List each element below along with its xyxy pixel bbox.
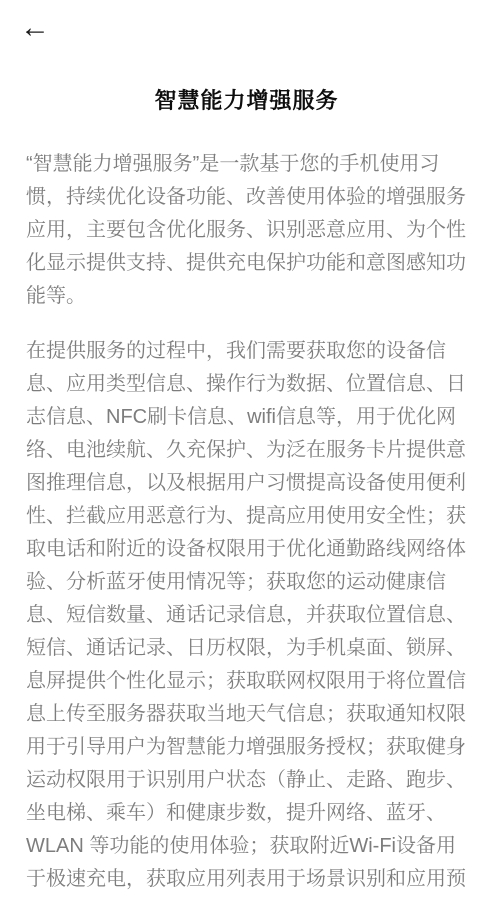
navbar: ←: [0, 0, 493, 42]
smart-capability-service-screen: ← 智慧能力增强服务 “智慧能力增强服务”是一款基于您的手机使用习惯，持续优化设…: [0, 0, 493, 903]
service-description-content: “智慧能力增强服务”是一款基于您的手机使用习惯，持续优化设备功能、改善使用体验的…: [0, 148, 493, 896]
back-arrow-icon: ←: [20, 14, 50, 42]
service-intro-paragraph: “智慧能力增强服务”是一款基于您的手机使用习惯，持续优化设备功能、改善使用体验的…: [26, 148, 467, 313]
page-title: 智慧能力增强服务: [0, 89, 493, 113]
back-button[interactable]: ←: [20, 14, 50, 42]
data-collection-paragraph: 在提供服务的过程中，我们需要获取您的设备信息、应用类型信息、操作行为数据、位置信…: [26, 335, 467, 896]
